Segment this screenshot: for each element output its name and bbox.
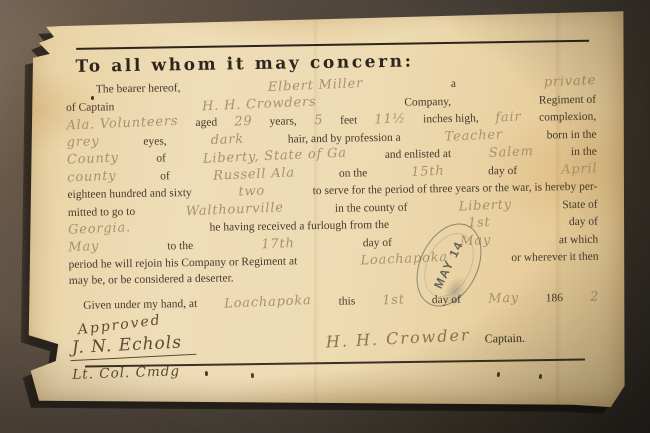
- captain-title-printed: Captain.: [485, 330, 526, 346]
- hair-color-handwritten: dark: [210, 131, 244, 147]
- printed-text: to the: [167, 240, 193, 252]
- printed-text: feet: [340, 114, 357, 126]
- printed-text: of Captain: [66, 101, 114, 114]
- signature-area: Approved J. N. Echols Lt. Col. Cmdg H. H…: [69, 311, 600, 399]
- eye-color-handwritten: grey: [66, 134, 99, 150]
- enlist-year-handwritten: two: [239, 184, 266, 200]
- ink-speck: [625, 304, 631, 309]
- unit-handwritten: Ala. Volunteers: [66, 114, 179, 134]
- printed-text: The bearer hereof,: [96, 82, 181, 95]
- printed-text: born in the: [547, 128, 597, 141]
- printed-text: day of: [363, 236, 392, 248]
- height-feet-handwritten: 5: [314, 113, 324, 128]
- issue-year-digit-handwritten: 2: [590, 290, 600, 305]
- furlough-to-day-handwritten: 17th: [261, 235, 295, 251]
- document-heading: To all whom it may concern:: [75, 49, 595, 77]
- county-word-handwritten: County: [67, 150, 119, 167]
- age-handwritten: 29: [234, 114, 253, 130]
- printed-text: day of: [569, 216, 598, 228]
- printed-text: a: [451, 78, 456, 90]
- issue-day-handwritten: 1st: [382, 292, 405, 308]
- printed-text: in the: [571, 146, 597, 158]
- document-paper: To all whom it may concern: The bearer h…: [27, 8, 627, 410]
- printed-text: this: [339, 295, 356, 307]
- printed-text: at which: [559, 233, 598, 246]
- printed-text: eyes,: [143, 135, 166, 147]
- rank-handwritten: private: [543, 73, 596, 90]
- document-content: To all whom it may concern: The bearer h…: [65, 28, 601, 400]
- birthplace-handwritten: Liberty, State of Ga: [203, 146, 347, 167]
- captain-name-handwritten: H. H. Crowders: [202, 94, 317, 114]
- printed-text: may be, or be considered a deserter.: [69, 272, 234, 287]
- printed-text: of: [160, 170, 170, 182]
- enlist-day-handwritten: 15th: [411, 163, 445, 179]
- profession-handwritten: Teacher: [444, 127, 503, 144]
- printed-text: day of: [488, 164, 517, 176]
- officer-signature-row: H. H. Crowder Captain.: [326, 326, 525, 348]
- destination-county-handwritten: Liberty: [458, 197, 512, 214]
- printed-text: period he will rejoin his Company or Reg…: [69, 255, 298, 271]
- photo-of-furlough-document: To all whom it may concern: The bearer h…: [0, 0, 650, 433]
- printed-text: eighteen hundred and sixty: [67, 187, 191, 201]
- county-word-handwritten: county: [67, 168, 117, 185]
- enlist-place-handwritten: Salem: [488, 144, 533, 161]
- complexion-handwritten: fair: [495, 109, 522, 125]
- issue-place-handwritten: Loachapoka: [224, 293, 312, 312]
- printed-text: to serve for the period of three years o…: [313, 181, 598, 197]
- captain-signature: H. H. Crowder: [325, 325, 471, 351]
- printed-text: mitted to go to: [68, 205, 136, 218]
- top-rule: [76, 40, 589, 50]
- ink-mark: [251, 373, 254, 378]
- bearer-name-handwritten: Elbert Miller: [268, 76, 364, 95]
- printed-text: aged: [195, 117, 217, 129]
- destination-state-handwritten: Georgia.: [68, 220, 131, 238]
- printed-text: years,: [270, 115, 297, 127]
- printed-year: 186: [546, 292, 563, 304]
- printed-text: on the: [339, 167, 368, 179]
- ink-mark: [205, 371, 208, 376]
- printed-text: Regiment of: [539, 93, 596, 106]
- printed-text: he having received a furlough from the: [209, 219, 389, 234]
- printed-text: Given under my hand, at: [83, 298, 197, 312]
- printed-text: of: [156, 152, 166, 164]
- destination-handwritten: Walthourville: [186, 200, 285, 219]
- issue-month-handwritten: May: [488, 291, 519, 307]
- enlist-month-handwritten: April: [561, 161, 598, 178]
- printed-text: inches high,: [423, 113, 479, 126]
- printed-text: hair, and by profession a: [288, 131, 401, 145]
- printed-text: or wherever it then: [511, 251, 598, 264]
- printed-text: complexion,: [539, 111, 596, 124]
- enlist-county-handwritten: Russell Ala: [213, 165, 295, 183]
- printed-text: State of: [562, 198, 598, 211]
- printed-text: and enlisted at: [385, 148, 452, 161]
- height-inches-handwritten: 11½: [374, 111, 406, 127]
- printed-text: Company,: [404, 95, 451, 108]
- furlough-month-from-handwritten: May: [68, 239, 99, 255]
- printed-text: in the county of: [335, 201, 408, 214]
- ink-speck: [91, 96, 94, 100]
